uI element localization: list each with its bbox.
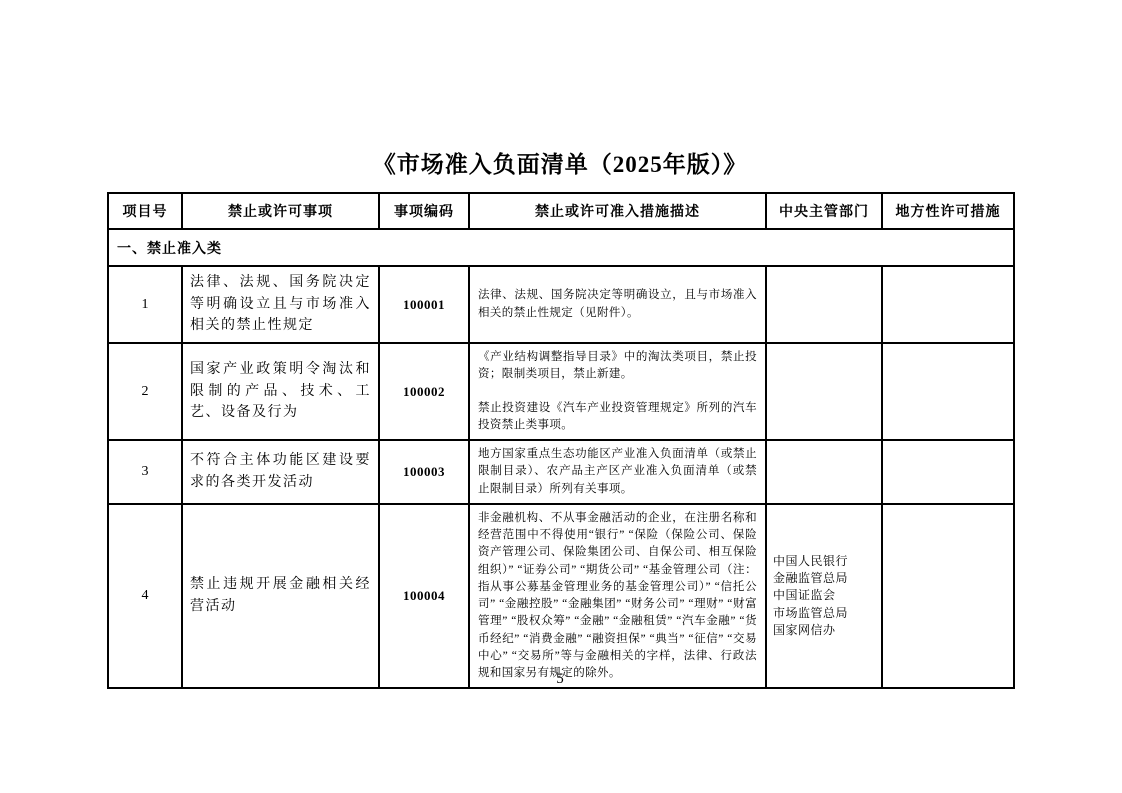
header-item-code: 事项编码: [379, 193, 469, 229]
table-row: 1 法律、法规、国务院决定等明确设立且与市场准入相关的禁止性规定 100001 …: [108, 266, 1014, 343]
description-paragraph: 《产业结构调整指导目录》中的淘汰类项目，禁止投资；限制类项目，禁止新建。: [478, 349, 757, 384]
table-body: 一、禁止准入类 1 法律、法规、国务院决定等明确设立且与市场准入相关的禁止性规定…: [108, 229, 1014, 688]
table-row: 3 不符合主体功能区建设要求的各类开发活动 100003 地方国家重点生态功能区…: [108, 440, 1014, 504]
item-code-cell: 100004: [379, 504, 469, 689]
central-department-line: 中国证监会: [773, 587, 875, 604]
header-item-name: 禁止或许可事项: [182, 193, 379, 229]
item-name-cell: 国家产业政策明令淘汰和限制的产品、技术、工艺、设备及行为: [182, 343, 379, 440]
description-paragraph: 非金融机构、不从事金融活动的企业，在注册名称和经营范围中不得使用“银行” “保险…: [478, 510, 757, 683]
header-central-department: 中央主管部门: [766, 193, 882, 229]
measure-description-cell: 非金融机构、不从事金融活动的企业，在注册名称和经营范围中不得使用“银行” “保险…: [469, 504, 766, 689]
local-measures-cell: [882, 343, 1014, 440]
description-paragraph: 禁止投资建设《汽车产业投资管理规定》所列的汽车投资禁止类事项。: [478, 400, 757, 435]
document-page: 《市场准入负面清单（2025年版）》 项目号 禁止或许可事项 事项编码 禁止或许…: [0, 0, 1122, 793]
description-paragraph: 法律、法规、国务院决定等明确设立，且与市场准入相关的禁止性规定（见附件）。: [478, 287, 757, 322]
central-department-cell: 中国人民银行金融监管总局中国证监会市场监管总局国家网信办: [766, 504, 882, 689]
item-code-cell: 100001: [379, 266, 469, 343]
measure-description-cell: 《产业结构调整指导目录》中的淘汰类项目，禁止投资；限制类项目，禁止新建。禁止投资…: [469, 343, 766, 440]
item-name-cell: 不符合主体功能区建设要求的各类开发活动: [182, 440, 379, 504]
measure-description-cell: 地方国家重点生态功能区产业准入负面清单（或禁止限制目录）、农产品主产区产业准入负…: [469, 440, 766, 504]
header-measure-description: 禁止或许可准入措施描述: [469, 193, 766, 229]
header-local-measures: 地方性许可措施: [882, 193, 1014, 229]
item-code-cell: 100003: [379, 440, 469, 504]
central-department-line: 金融监管总局: [773, 570, 875, 587]
table-row: 2 国家产业政策明令淘汰和限制的产品、技术、工艺、设备及行为 100002 《产…: [108, 343, 1014, 440]
item-number-cell: 3: [108, 440, 182, 504]
item-number-cell: 4: [108, 504, 182, 689]
negative-list-table: 项目号 禁止或许可事项 事项编码 禁止或许可准入措施描述 中央主管部门 地方性许…: [107, 192, 1015, 689]
central-department-cell: [766, 266, 882, 343]
page-number: 5: [107, 671, 1013, 688]
measure-description-cell: 法律、法规、国务院决定等明确设立，且与市场准入相关的禁止性规定（见附件）。: [469, 266, 766, 343]
document-title: 《市场准入负面清单（2025年版）》: [107, 146, 1013, 179]
local-measures-cell: [882, 440, 1014, 504]
central-department-line: 国家网信办: [773, 622, 875, 639]
central-department-cell: [766, 343, 882, 440]
section-row: 一、禁止准入类: [108, 229, 1014, 266]
item-name-cell: 法律、法规、国务院决定等明确设立且与市场准入相关的禁止性规定: [182, 266, 379, 343]
table-row: 4 禁止违规开展金融相关经营活动 100004 非金融机构、不从事金融活动的企业…: [108, 504, 1014, 689]
item-code-cell: 100002: [379, 343, 469, 440]
local-measures-cell: [882, 504, 1014, 689]
header-row: 项目号 禁止或许可事项 事项编码 禁止或许可准入措施描述 中央主管部门 地方性许…: [108, 193, 1014, 229]
item-name-cell: 禁止违规开展金融相关经营活动: [182, 504, 379, 689]
item-number-cell: 1: [108, 266, 182, 343]
table-header: 项目号 禁止或许可事项 事项编码 禁止或许可准入措施描述 中央主管部门 地方性许…: [108, 193, 1014, 229]
item-number-cell: 2: [108, 343, 182, 440]
local-measures-cell: [882, 266, 1014, 343]
header-item-number: 项目号: [108, 193, 182, 229]
central-department-cell: [766, 440, 882, 504]
central-department-line: 市场监管总局: [773, 605, 875, 622]
central-department-line: 中国人民银行: [773, 553, 875, 570]
description-paragraph: 地方国家重点生态功能区产业准入负面清单（或禁止限制目录）、农产品主产区产业准入负…: [478, 446, 757, 498]
section-label: 一、禁止准入类: [108, 229, 1014, 266]
